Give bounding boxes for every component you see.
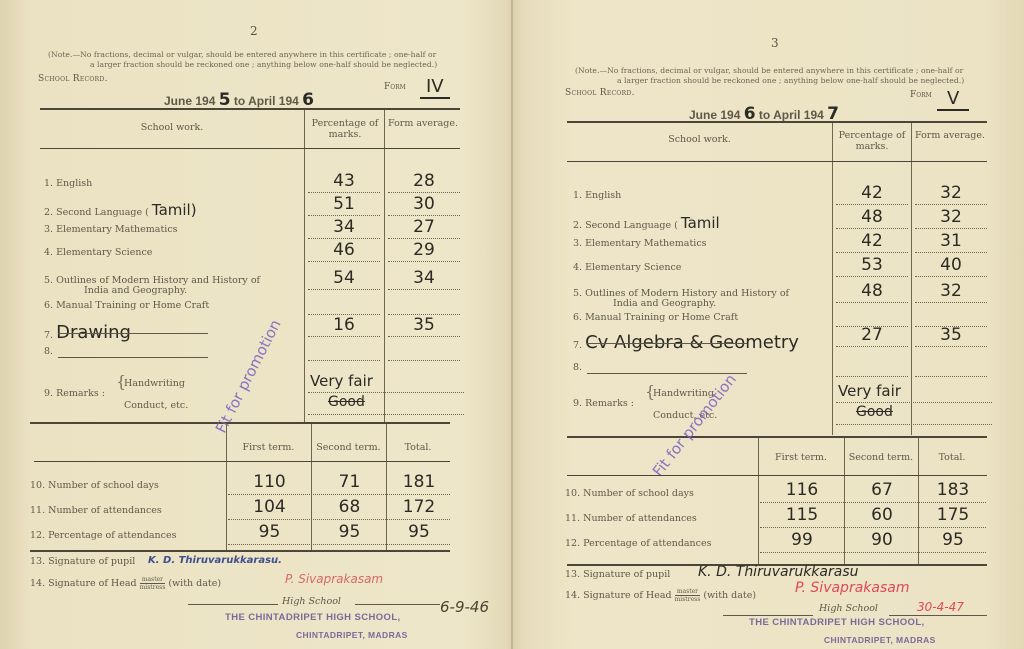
dotted-rule (836, 252, 908, 253)
dotted-rule (915, 302, 987, 303)
subject-label: 4. Elementary Science (44, 247, 152, 258)
subject-label: 1. English (573, 190, 621, 201)
head-label-text: 14. Signature of Head (30, 578, 137, 589)
header-first-term: First term. (226, 442, 311, 453)
total-value: 172 (388, 497, 450, 517)
dotted-rule (915, 252, 987, 253)
subject-label-text: 1. English (573, 190, 621, 201)
average-value: 40 (913, 255, 989, 275)
note: (Note.—No fractions, decimal or vulgar, … (575, 66, 995, 86)
dotted-rule (915, 376, 987, 377)
subject-label-text: 3. Elementary Mathematics (573, 238, 707, 249)
note-line-2: a larger fraction should be reckoned one… (575, 76, 995, 86)
first-term-value: 110 (228, 472, 311, 492)
percentage-value: 42 (834, 183, 910, 203)
head-date: 30-4-47 (917, 600, 964, 614)
attendance-label: 10. Number of school days (565, 488, 694, 499)
dotted-rule (836, 376, 908, 377)
subject-label-text: 4. Elementary Science (573, 262, 681, 273)
form-value: IV (420, 76, 450, 99)
frac-mistress: mistress (140, 584, 166, 591)
subject-label: 8. (573, 362, 582, 373)
average-value: 29 (386, 240, 462, 260)
school-stamp-line-2: CHINTADRIPET, MADRAS (824, 635, 936, 645)
average-value: 32 (913, 281, 989, 301)
handwriting-value: Very fair (838, 382, 901, 400)
average-value: 34 (386, 268, 462, 288)
dotted-rule (388, 289, 460, 290)
dotted-rule (228, 519, 450, 520)
subject-label: 1. English (44, 178, 92, 189)
attendance-label: 12. Percentage of attendances (565, 538, 712, 549)
header-second-term: Second term. (311, 442, 386, 453)
form-value: V (937, 88, 969, 111)
frac-mistress: mistress (675, 596, 701, 603)
section-rule (30, 422, 450, 424)
high-school-label: High School (819, 603, 878, 614)
note-line-1: (Note.—No fractions, decimal or vulgar, … (48, 50, 436, 59)
top-rule (567, 121, 987, 123)
session-end-digit: 6 (302, 90, 314, 110)
subject-handwritten: Tamil) (152, 201, 197, 219)
att-header-rule (34, 461, 450, 462)
total-value: 181 (388, 472, 450, 492)
dotted-rule (915, 204, 987, 205)
subject-label: 6. Manual Training or Home Craft (44, 300, 209, 311)
dotted-rule (388, 261, 460, 262)
conduct-value: Good (856, 404, 893, 420)
school-line (889, 615, 987, 616)
average-value: 35 (386, 315, 462, 335)
percentage-value: 16 (306, 315, 382, 335)
subject-label: 8. (44, 346, 53, 357)
session-middle: to April 194 (759, 108, 824, 122)
dotted-rule (760, 502, 986, 503)
session-range: June 194 5 to April 194 6 (164, 90, 314, 110)
header-rule (40, 148, 460, 149)
school-line (355, 604, 440, 605)
average-value: 32 (913, 183, 989, 203)
blank-subject-line (58, 333, 208, 334)
subject-label-text: 4. Elementary Science (44, 247, 152, 258)
section-rule (567, 436, 987, 438)
subject-label: 5. Outlines of Modern History and Histor… (44, 275, 260, 296)
dotted-rule (308, 336, 380, 337)
percentage-value: 53 (834, 255, 910, 275)
pupil-signature: K. D. Thiruvarukkarasu. (148, 555, 282, 566)
subject-label-line2: India and Geography. (44, 286, 260, 296)
head-date: 6-9-46 (440, 598, 489, 616)
blank-subject-line (587, 343, 747, 344)
dotted-rule (308, 215, 380, 216)
second-term-value: 67 (846, 480, 918, 500)
head-label-text: 14. Signature of Head (565, 590, 672, 601)
col-divider (384, 110, 385, 422)
percentage-value: 46 (306, 240, 382, 260)
header-first-term: First term. (758, 452, 844, 463)
dotted-rule (308, 192, 380, 193)
dotted-rule (308, 360, 380, 361)
session-prefix: June 194 (689, 108, 740, 122)
dotted-rule (388, 360, 460, 361)
remarks-label: 9. Remarks : (573, 398, 634, 409)
average-value: 27 (386, 217, 462, 237)
session-start-digit: 5 (219, 90, 231, 110)
dotted-rule (836, 402, 992, 403)
note-line-1: (Note.—No fractions, decimal or vulgar, … (575, 66, 963, 75)
dotted-rule (308, 289, 380, 290)
conduct-label: Conduct, etc. (124, 400, 188, 411)
first-term-value: 95 (228, 522, 311, 542)
total-value: 183 (920, 480, 986, 500)
subject-label-text: 8. (573, 362, 582, 373)
percentage-value: 48 (834, 281, 910, 301)
attendance-label: 11. Number of attendances (30, 505, 162, 516)
form-label: Form (384, 82, 406, 92)
average-value: 35 (913, 325, 989, 345)
attendance-label: 12. Percentage of attendances (30, 530, 177, 541)
first-term-value: 116 (760, 480, 844, 500)
percentage-value: 51 (306, 194, 382, 214)
school-stamp-line-1: THE CHINTADRIPET HIGH SCHOOL, (749, 617, 925, 628)
second-term-value: 95 (313, 522, 386, 542)
subject-label-text: 7. (573, 340, 582, 351)
header-second-term: Second term. (844, 452, 918, 463)
subject-label-text: 2. Second Language ( (573, 220, 678, 231)
att-header-rule (567, 475, 987, 476)
second-term-value: 71 (313, 472, 386, 492)
subject-label: 5. Outlines of Modern History and Histor… (573, 288, 789, 309)
school-stamp-line-2: CHINTADRIPET, MADRAS (296, 630, 408, 640)
subject-label-text: 6. Manual Training or Home Craft (573, 312, 738, 323)
first-term-value: 115 (760, 505, 844, 525)
first-term-value: 99 (760, 530, 844, 550)
percentage-value: 54 (306, 268, 382, 288)
subject-label: 3. Elementary Mathematics (573, 238, 707, 249)
head-suffix: (with date) (168, 578, 221, 589)
header-form-average: Form average. (913, 130, 987, 141)
col-divider (304, 110, 305, 422)
average-value: 32 (913, 207, 989, 227)
subject-label-text: 8. (44, 346, 53, 357)
dotted-rule (228, 544, 450, 545)
second-term-value: 68 (313, 497, 386, 517)
head-signature-label: 14. Signature of Head master mistress (w… (565, 588, 756, 603)
dotted-rule (308, 261, 380, 262)
dotted-rule (915, 346, 987, 347)
page-number: 2 (250, 24, 258, 38)
dotted-rule (388, 336, 460, 337)
subject-label-text: 2. Second Language ( (44, 207, 149, 218)
attendance-label: 10. Number of school days (30, 480, 159, 491)
header-percentage: Percentage of marks. (833, 130, 911, 152)
school-line (188, 604, 278, 605)
total-value: 95 (920, 530, 986, 550)
high-school-label: High School (282, 596, 341, 607)
note: (Note.—No fractions, decimal or vulgar, … (48, 50, 468, 70)
subject-label-text: 7. (44, 330, 53, 341)
head-signature-label: 14. Signature of Head master mistress (w… (30, 576, 221, 591)
subject-label: 6. Manual Training or Home Craft (573, 312, 738, 323)
dotted-rule (915, 276, 987, 277)
dotted-rule (760, 527, 986, 528)
dotted-rule (308, 414, 464, 415)
total-value: 175 (920, 505, 986, 525)
dotted-rule (836, 302, 908, 303)
subject-handwritten: Tamil (681, 214, 720, 232)
session-prefix: June 194 (164, 94, 215, 108)
dotted-rule (836, 204, 908, 205)
subject-label: 2. Second Language ( Tamil) (44, 201, 197, 219)
dotted-rule (388, 192, 460, 193)
note-line-2: a larger fraction should be reckoned one… (48, 60, 468, 70)
dotted-rule (388, 215, 460, 216)
page-number: 3 (771, 36, 779, 50)
percentage-value: 42 (834, 231, 910, 251)
percentage-value: 27 (834, 325, 910, 345)
pupil-signature-label: 13. Signature of pupil (565, 569, 670, 580)
col-divider (832, 123, 833, 435)
school-line (723, 615, 813, 616)
col-divider (911, 123, 912, 435)
dotted-rule (308, 392, 464, 393)
frac-master: master (675, 588, 701, 596)
top-rule (40, 108, 460, 110)
handwriting-value: Very fair (310, 372, 373, 390)
section-label: School Record. (565, 88, 635, 98)
second-term-value: 90 (846, 530, 918, 550)
dotted-rule (308, 238, 380, 239)
promotion-stamp: Fit for promotion (212, 317, 285, 436)
header-percentage: Percentage of marks. (306, 118, 384, 140)
page-3: 3 (Note.—No fractions, decimal or vulgar… (513, 0, 1024, 649)
percentage-value: 48 (834, 207, 910, 227)
header-rule (567, 161, 987, 162)
session-middle: to April 194 (234, 94, 299, 108)
header-form-average: Form average. (386, 118, 460, 129)
subject-label-line2: India and Geography. (573, 299, 789, 309)
conduct-value: Good (328, 394, 365, 410)
total-value: 95 (388, 522, 450, 542)
head-suffix: (with date) (703, 590, 756, 601)
header-school-work: School work. (40, 122, 304, 133)
dotted-rule (836, 228, 908, 229)
form-label: Form (910, 90, 932, 100)
header-total: Total. (386, 442, 450, 453)
handwriting-label: Handwriting (124, 378, 185, 389)
frac-master: master (140, 576, 166, 584)
page-2: 2 (Note.—No fractions, decimal or vulgar… (0, 0, 511, 649)
section-label: School Record. (38, 74, 108, 84)
bottom-rule (30, 550, 450, 552)
school-stamp-line-1: THE CHINTADRIPET HIGH SCHOOL, (225, 612, 401, 623)
percentage-value: 34 (306, 217, 382, 237)
average-value: 28 (386, 171, 462, 191)
remarks-label: 9. Remarks : (44, 388, 105, 399)
head-signature: P. Sivaprakasam (795, 580, 909, 596)
dotted-rule (836, 276, 908, 277)
first-term-value: 104 (228, 497, 311, 517)
subject-label-text: 6. Manual Training or Home Craft (44, 300, 209, 311)
pupil-signature: K. D. Thiruvarukkarasu (698, 564, 859, 580)
dotted-rule (228, 494, 450, 495)
dotted-rule (760, 552, 986, 553)
second-term-value: 60 (846, 505, 918, 525)
dotted-rule (915, 228, 987, 229)
attendance-label: 11. Number of attendances (565, 513, 697, 524)
blank-subject-line (58, 357, 208, 358)
head-signature: P. Sivaprakasam (285, 572, 383, 586)
header-school-work: School work. (567, 134, 832, 145)
average-value: 30 (386, 194, 462, 214)
subject-label: 3. Elementary Mathematics (44, 224, 178, 235)
percentage-value: 43 (306, 171, 382, 191)
subject-label-text: 3. Elementary Mathematics (44, 224, 178, 235)
subject-label: 4. Elementary Science (573, 262, 681, 273)
subject-label-text: 1. English (44, 178, 92, 189)
header-total: Total. (918, 452, 986, 463)
pupil-signature-label: 13. Signature of pupil (30, 556, 135, 567)
dotted-rule (836, 424, 992, 425)
dotted-rule (836, 346, 908, 347)
promotion-stamp: Fit for promotion (649, 371, 740, 480)
dotted-rule (388, 238, 460, 239)
average-value: 31 (913, 231, 989, 251)
subject-label: 2. Second Language ( Tamil (573, 214, 720, 232)
